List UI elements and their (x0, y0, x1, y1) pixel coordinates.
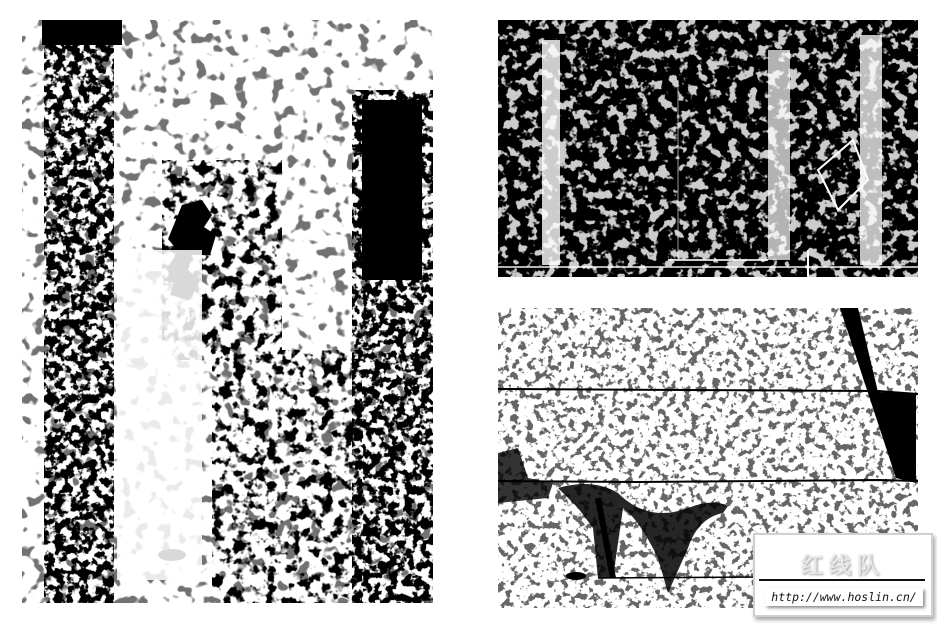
texture-top-right-graphic (498, 20, 918, 277)
watermark-divider (759, 579, 925, 581)
watermark-url: http://www.hoslin.cn/ (765, 588, 923, 606)
watermark: 红线队 http://www.hoslin.cn/ (753, 533, 933, 617)
watermark-title: 红线队 (755, 549, 931, 580)
texture-left-graphic (22, 20, 433, 603)
grunge-texture-left (22, 20, 433, 603)
grunge-texture-top-right (498, 20, 918, 277)
